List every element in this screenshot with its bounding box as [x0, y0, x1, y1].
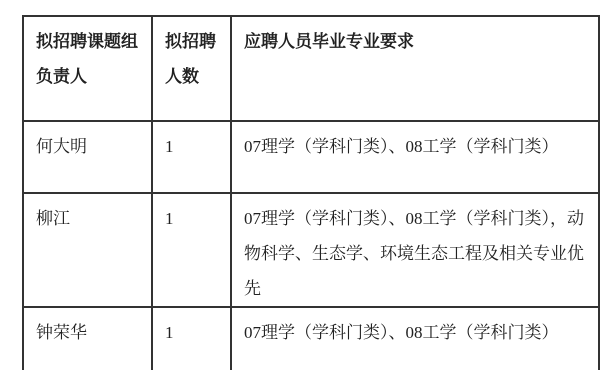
cell-requirement: 07理学（学科门类）、08工学（学科门类），动物科学、生态学、环境生态工程及相关… [231, 193, 599, 307]
cell-leader: 何大明 [23, 121, 152, 193]
table-body: 何大明 1 07理学（学科门类）、08工学（学科门类） 柳江 1 07理学（学科… [23, 121, 599, 370]
cell-count: 1 [152, 307, 231, 370]
cell-requirement: 07理学（学科门类）、08工学（学科门类） [231, 307, 599, 370]
cell-leader: 柳江 [23, 193, 152, 307]
header-cell-count: 拟招聘人数 [152, 16, 231, 121]
table-row: 何大明 1 07理学（学科门类）、08工学（学科门类） [23, 121, 599, 193]
cell-count: 1 [152, 193, 231, 307]
table-row: 柳江 1 07理学（学科门类）、08工学（学科门类），动物科学、生态学、环境生态… [23, 193, 599, 307]
cell-requirement: 07理学（学科门类）、08工学（学科门类） [231, 121, 599, 193]
header-row: 拟招聘课题组负责人 拟招聘人数 应聘人员毕业专业要求 [23, 16, 599, 121]
cell-leader: 钟荣华 [23, 307, 152, 370]
table-header: 拟招聘课题组负责人 拟招聘人数 应聘人员毕业专业要求 [23, 16, 599, 121]
table-row: 钟荣华 1 07理学（学科门类）、08工学（学科门类） [23, 307, 599, 370]
document-page: 拟招聘课题组负责人 拟招聘人数 应聘人员毕业专业要求 何大明 1 07理学（学科… [0, 0, 609, 370]
recruitment-table: 拟招聘课题组负责人 拟招聘人数 应聘人员毕业专业要求 何大明 1 07理学（学科… [22, 15, 600, 370]
header-cell-requirement: 应聘人员毕业专业要求 [231, 16, 599, 121]
header-cell-leader: 拟招聘课题组负责人 [23, 16, 152, 121]
cell-count: 1 [152, 121, 231, 193]
